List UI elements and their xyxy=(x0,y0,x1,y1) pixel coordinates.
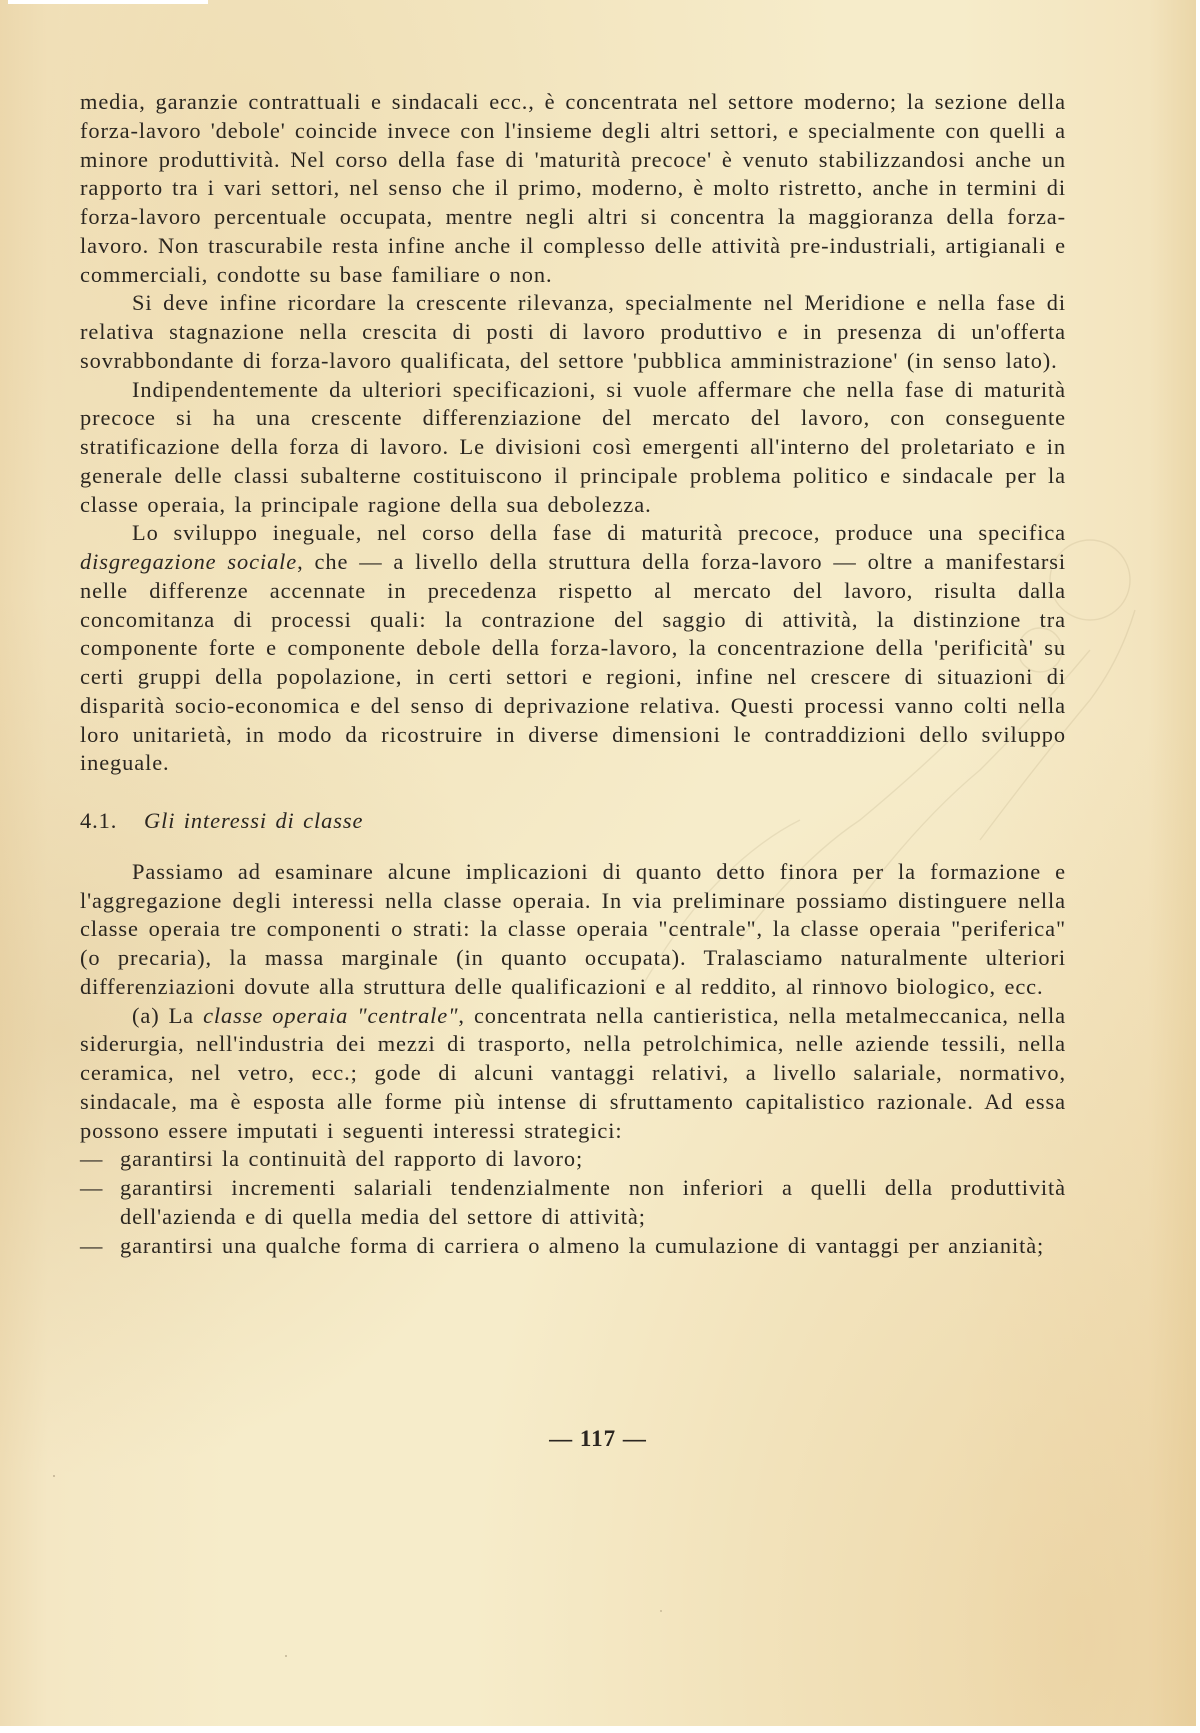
section-number: 4.1. xyxy=(80,807,144,836)
dash-marker: — xyxy=(80,1232,103,1261)
paragraph-6: (a) La classe operaia "centrale", concen… xyxy=(80,1002,1066,1146)
section-heading: 4.1.Gli interessi di classe xyxy=(80,807,1066,836)
paragraph-6-lead: (a) La xyxy=(132,1003,203,1028)
paper-speck xyxy=(840,982,843,985)
list-item: —garantirsi una qualche forma di carrier… xyxy=(80,1232,1066,1261)
paper-speck xyxy=(660,1610,662,1612)
paragraph-4: Lo sviluppo ineguale, nel corso della fa… xyxy=(80,519,1066,778)
body-text: media, garanzie contrattuali e sindacali… xyxy=(80,88,1066,1260)
dash-marker: — xyxy=(80,1145,103,1174)
page-number: — 117 — xyxy=(0,1426,1196,1452)
scan-edge xyxy=(8,0,208,4)
list-item-text: garantirsi incrementi salariali tendenzi… xyxy=(120,1175,1066,1229)
paragraph-4-lead: Lo sviluppo ineguale, nel corso della fa… xyxy=(132,520,1066,545)
interests-list: —garantirsi la continuità del rapporto d… xyxy=(80,1145,1066,1260)
paragraph-5: Passiamo ad esaminare alcune implicazion… xyxy=(80,858,1066,1002)
paper-speck xyxy=(53,1475,55,1477)
list-item: —garantirsi incrementi salariali tendenz… xyxy=(80,1174,1066,1232)
paragraph-1: media, garanzie contrattuali e sindacali… xyxy=(80,88,1066,289)
emphasis-classe-operaia-centrale: classe operaia "centrale" xyxy=(203,1003,458,1028)
list-item-text: garantirsi una qualche forma di carriera… xyxy=(120,1233,1044,1258)
section-title: Gli interessi di classe xyxy=(144,808,363,833)
dash-marker: — xyxy=(80,1174,103,1203)
book-page: media, garanzie contrattuali e sindacali… xyxy=(0,0,1196,1726)
paragraph-2: Si deve infine ricordare la crescente ri… xyxy=(80,289,1066,375)
list-item-text: garantirsi la continuità del rapporto di… xyxy=(120,1146,583,1171)
paragraph-3: Indipendentemente da ulteriori specifica… xyxy=(80,376,1066,520)
emphasis-disgregazione-sociale: disgregazione sociale xyxy=(80,549,297,574)
paper-speck xyxy=(285,1655,287,1657)
list-item: —garantirsi la continuità del rapporto d… xyxy=(80,1145,1066,1174)
paragraph-4-rest: , che — a livello della struttura della … xyxy=(80,549,1066,775)
